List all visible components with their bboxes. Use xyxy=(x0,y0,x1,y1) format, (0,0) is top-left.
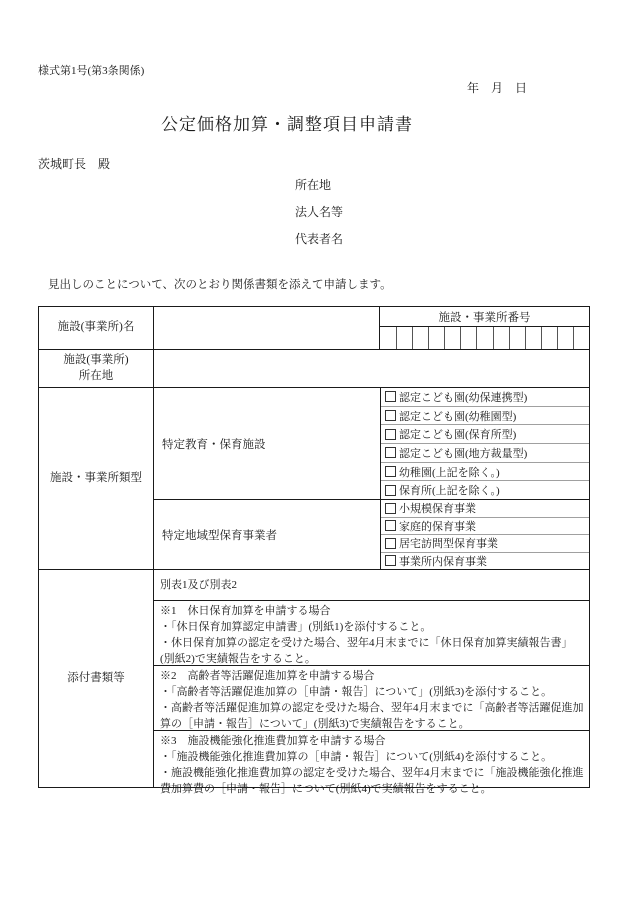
facility-address-label: 施設(事業所) 所在地 xyxy=(39,350,153,387)
facility-name-input[interactable] xyxy=(153,307,379,349)
digit-cell[interactable] xyxy=(396,327,412,349)
checkbox-icon[interactable] xyxy=(385,503,396,514)
facility-number-block: 施設・事業所番号 xyxy=(379,307,589,349)
applicant-block: 所在地 法人名等 代表者名 xyxy=(295,176,343,257)
digit-cell[interactable] xyxy=(525,327,541,349)
page-title: 公定価格加算・調整項目申請書 xyxy=(0,110,574,135)
digit-cell[interactable] xyxy=(428,327,444,349)
type-group-education-options: 認定こども園(幼保連携型) 認定こども園(幼稚園型) 認定こども園(保育所型) xyxy=(380,388,589,499)
attachments-row: 添付書類等 別表1及び別表2 ※1 休日保育加算を申請する場合 ・「休日保育加算… xyxy=(39,569,589,787)
checkbox-icon[interactable] xyxy=(385,410,396,421)
digit-cell[interactable] xyxy=(412,327,428,349)
intro-sentence: 見出しのことについて、次のとおり関係書類を添えて申請します。 xyxy=(48,276,392,292)
type-option-label: 事業所内保育事業 xyxy=(399,553,487,569)
facility-number-label: 施設・事業所番号 xyxy=(380,307,589,327)
type-option[interactable]: 家庭的保育事業 xyxy=(381,517,589,535)
type-group-education-label: 特定教育・保育施設 xyxy=(154,388,380,499)
type-option-label: 家庭的保育事業 xyxy=(399,518,476,534)
checkbox-icon[interactable] xyxy=(385,466,396,477)
application-table: 施設(事業所)名 施設・事業所番号 xyxy=(38,306,590,788)
type-option-label: 認定こども園(幼稚園型) xyxy=(399,408,516,424)
digit-cell[interactable] xyxy=(476,327,492,349)
facility-number-digit-grid xyxy=(380,327,589,349)
note-bullet: ・高齢者等活躍促進加算の認定を受けた場合、翌年4月末までに「高齢者等活躍促進加算… xyxy=(160,700,585,732)
type-group-regional-label: 特定地域型保育事業者 xyxy=(154,500,380,569)
addressee: 茨城町長 殿 xyxy=(38,155,110,172)
checkbox-icon[interactable] xyxy=(385,447,396,458)
attachments-label: 添付書類等 xyxy=(39,570,153,787)
applicant-address-label: 所在地 xyxy=(295,176,343,203)
type-option-label: 認定こども園(保育所型) xyxy=(399,426,516,442)
checkbox-icon[interactable] xyxy=(385,538,396,549)
digit-cell[interactable] xyxy=(380,327,396,349)
facility-address-input[interactable] xyxy=(153,350,589,387)
digit-cell[interactable] xyxy=(557,327,573,349)
attachments-tables-ref: 別表1及び別表2 xyxy=(154,570,589,600)
note-bullet: ・「施設機能強化推進費加算の［申請・報告］について(別紙4)を添付すること。 xyxy=(160,749,585,765)
facility-name-label: 施設(事業所)名 xyxy=(39,307,153,349)
type-option-label: 幼稚園(上記を除く。) xyxy=(399,464,500,480)
checkbox-icon[interactable] xyxy=(385,391,396,402)
type-option[interactable]: 認定こども園(地方裁量型) xyxy=(381,443,589,462)
form-number: 様式第1号(第3条関係) xyxy=(38,62,144,78)
type-option-label: 認定こども園(幼保連携型) xyxy=(399,389,527,405)
application-form-page: 様式第1号(第3条関係) 年 月 日 公定価格加算・調整項目申請書 茨城町長 殿… xyxy=(0,0,630,903)
attachment-note-1: ※1 休日保育加算を申請する場合 ・「休日保育加算認定申請書」(別紙1)を添付す… xyxy=(154,600,589,665)
digit-cell[interactable] xyxy=(444,327,460,349)
digit-cell[interactable] xyxy=(573,327,589,349)
note-heading: ※3 施設機能強化推進費加算を申請する場合 xyxy=(160,733,585,749)
type-option[interactable]: 認定こども園(幼稚園型) xyxy=(381,406,589,425)
facility-address-row: 施設(事業所) 所在地 xyxy=(39,349,589,387)
note-bullet: ・施設機能強化推進費加算の認定を受けた場合、翌年4月末までに「施設機能強化推進費… xyxy=(160,765,585,797)
type-option[interactable]: 認定こども園(幼保連携型) xyxy=(381,388,589,406)
note-heading: ※2 高齢者等活躍促進加算を申請する場合 xyxy=(160,668,585,684)
type-option[interactable]: 居宅訪問型保育事業 xyxy=(381,534,589,552)
facility-type-label: 施設・事業所類型 xyxy=(39,388,153,569)
type-option-label: 居宅訪問型保育事業 xyxy=(399,535,498,551)
attachment-note-3: ※3 施設機能強化推進費加算を申請する場合 ・「施設機能強化推進費加算の［申請・… xyxy=(154,730,589,787)
attachments-content: 別表1及び別表2 ※1 休日保育加算を申請する場合 ・「休日保育加算認定申請書」… xyxy=(153,570,589,787)
digit-cell[interactable] xyxy=(541,327,557,349)
type-option[interactable]: 保育所(上記を除く。) xyxy=(381,480,589,499)
attachment-note-2: ※2 高齢者等活躍促進加算を申請する場合 ・「高齢者等活躍促進加算の［申請・報告… xyxy=(154,665,589,730)
type-group-regional-options: 小規模保育事業 家庭的保育事業 居宅訪問型保育事業 事業所内保育事業 xyxy=(380,500,589,569)
facility-name-row: 施設(事業所)名 施設・事業所番号 xyxy=(39,307,589,349)
type-group-regional: 特定地域型保育事業者 小規模保育事業 家庭的保育事業 居宅訪問型保育事業 xyxy=(154,499,589,569)
applicant-corporate-name-label: 法人名等 xyxy=(295,203,343,230)
type-option-label: 小規模保育事業 xyxy=(399,500,476,516)
digit-cell[interactable] xyxy=(493,327,509,349)
type-option[interactable]: 事業所内保育事業 xyxy=(381,552,589,570)
note-bullet: ・「休日保育加算認定申請書」(別紙1)を添付すること。 xyxy=(160,619,585,635)
note-heading: ※1 休日保育加算を申請する場合 xyxy=(160,603,585,619)
facility-type-row: 施設・事業所類型 特定教育・保育施設 認定こども園(幼保連携型) 認定こども園(… xyxy=(39,387,589,569)
date-line: 年 月 日 xyxy=(467,79,527,96)
digit-cell[interactable] xyxy=(509,327,525,349)
digit-cell[interactable] xyxy=(460,327,476,349)
checkbox-icon[interactable] xyxy=(385,429,396,440)
type-option[interactable]: 小規模保育事業 xyxy=(381,500,589,517)
checkbox-icon[interactable] xyxy=(385,555,396,566)
applicant-representative-label: 代表者名 xyxy=(295,230,343,257)
note-bullet: ・休日保育加算の認定を受けた場合、翌年4月末までに「休日保育加算実績報告書」(別… xyxy=(160,635,585,667)
checkbox-icon[interactable] xyxy=(385,520,396,531)
type-option[interactable]: 認定こども園(保育所型) xyxy=(381,424,589,443)
note-bullet: ・「高齢者等活躍促進加算の［申請・報告］について」(別紙3)を添付すること。 xyxy=(160,684,585,700)
facility-type-groups: 特定教育・保育施設 認定こども園(幼保連携型) 認定こども園(幼稚園型) xyxy=(153,388,589,569)
type-option[interactable]: 幼稚園(上記を除く。) xyxy=(381,462,589,481)
type-group-education: 特定教育・保育施設 認定こども園(幼保連携型) 認定こども園(幼稚園型) xyxy=(154,388,589,499)
type-option-label: 認定こども園(地方裁量型) xyxy=(399,445,527,461)
checkbox-icon[interactable] xyxy=(385,485,396,496)
type-option-label: 保育所(上記を除く。) xyxy=(399,482,500,498)
